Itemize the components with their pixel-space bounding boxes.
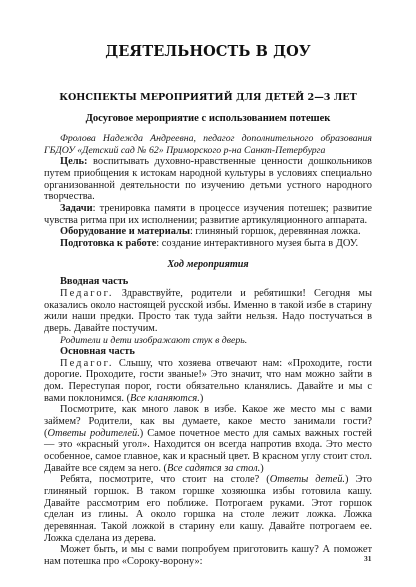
tasks-label: Задачи (60, 203, 93, 214)
stage-direction: Все кланяются. (130, 393, 200, 404)
stage-direction: Ответы детей. (270, 474, 345, 485)
tasks-paragraph: Задачи: тренировка памяти в процессе изу… (44, 203, 372, 226)
prep-text: : создание интерактивного музея быта в Д… (156, 238, 358, 249)
stage-direction: Родители и дети изображают стук в дверь. (44, 335, 372, 347)
document-page: ДЕЯТЕЛЬНОСТЬ В ДОУ КОНСПЕКТЫ МЕРОПРИЯТИЙ… (0, 0, 416, 587)
equipment-text: : глиняный горшок, деревянная ложка. (190, 226, 361, 237)
section-heading: ДЕЯТЕЛЬНОСТЬ В ДОУ (0, 43, 416, 60)
main-paragraph-3: Ребята, посмотрите, что стоит на столе? … (44, 474, 372, 544)
main-paragraph-1: Педагог. Слышу, что хозяева отвечают нам… (44, 358, 372, 405)
author-line: Фролова Надежда Андреевна, педагог допол… (44, 133, 372, 156)
intro-title: Вводная часть (44, 276, 372, 288)
paren-close: ) (200, 393, 203, 404)
equipment-paragraph: Оборудование и материалы: глиняный горшо… (44, 226, 372, 238)
paren-close: ) (260, 463, 263, 474)
speaker-label: Педагог. (60, 288, 114, 299)
stage-direction: Все садятся за стол. (167, 463, 260, 474)
subheading: КОНСПЕКТЫ МЕРОПРИЯТИЙ ДЛЯ ДЕТЕЙ 2—3 ЛЕТ (0, 92, 416, 103)
main-p3-text: Ребята, посмотрите, что стоит на столе? … (60, 474, 270, 485)
page-number: 31 (364, 554, 372, 563)
tasks-text: : тренировка памяти в процессе изучения … (44, 203, 372, 226)
main-paragraph-2: Посмотрите, как много лавок в избе. Како… (44, 404, 372, 474)
goal-paragraph: Цель: воспитывать духовно-нравственные ц… (44, 156, 372, 203)
goal-label: Цель: (60, 156, 87, 167)
equipment-label: Оборудование и материалы (60, 226, 190, 237)
goal-text: воспитывать духовно-нравственные ценност… (44, 156, 372, 202)
prep-paragraph: Подготовка к работе: создание интерактив… (44, 238, 372, 250)
event-title: Досуговое мероприятие с использованием п… (0, 113, 416, 124)
prep-label: Подготовка к работе (60, 238, 156, 249)
speaker-label: Педагог. (60, 358, 114, 369)
main-paragraph-4: Может быть, и мы с вами попробуем пригот… (44, 544, 372, 567)
stage-direction: Ответы родителей. (47, 428, 139, 439)
body-text: Фролова Надежда Андреевна, педагог допол… (44, 133, 372, 568)
main-title: Основная часть (44, 346, 372, 358)
intro-paragraph: Педагог. Здравствуйте, родители и ребяти… (44, 288, 372, 335)
course-title: Ход мероприятия (44, 259, 372, 271)
